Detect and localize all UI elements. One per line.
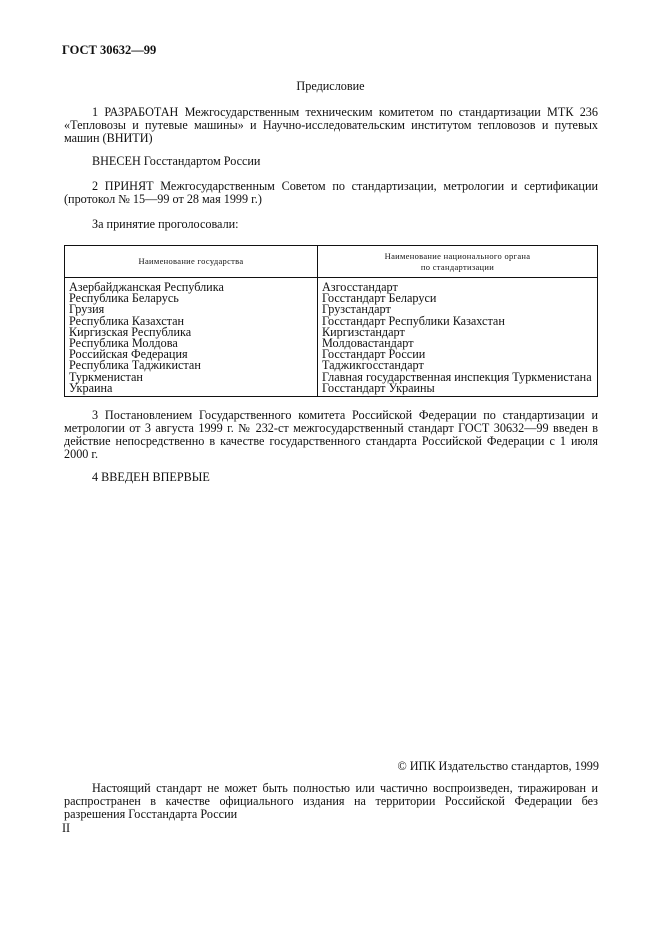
header-organ: Наименование национального органа по ста… <box>318 246 598 278</box>
paragraph-developed-by: 1 РАЗРАБОТАН Межгосударственным техничес… <box>64 106 598 145</box>
header-state: Наименование государства <box>65 246 318 278</box>
reproduction-notice-text: Настоящий стандарт не может быть полност… <box>64 781 598 821</box>
header-organ-line1: Наименование национального органа <box>385 251 531 261</box>
cell-organ: Госстандарт Украины <box>318 383 598 397</box>
paragraph-adopted-by-text: 2 ПРИНЯТ Межгосударственным Советом по с… <box>64 179 598 206</box>
paragraph-introduced-by: ВНЕСЕН Госстандартом России <box>92 155 260 168</box>
paragraph-resolution: 3 Постановлением Государственного комите… <box>64 409 598 461</box>
paragraph-developed-by-text: 1 РАЗРАБОТАН Межгосударственным техничес… <box>64 105 598 145</box>
paragraph-adopted-by: 2 ПРИНЯТ Межгосударственным Советом по с… <box>64 180 598 206</box>
copyright-notice: © ИПК Издательство стандартов, 1999 <box>397 760 599 773</box>
page-number: II <box>62 822 70 835</box>
document-code: ГОСТ 30632—99 <box>62 44 156 57</box>
section-title: Предисловие <box>0 80 661 93</box>
paragraph-resolution-text: 3 Постановлением Государственного комите… <box>64 408 598 461</box>
table-row: Украина Госстандарт Украины <box>65 383 598 397</box>
cell-state: Украина <box>65 383 318 397</box>
reproduction-notice: Настоящий стандарт не может быть полност… <box>64 782 598 821</box>
vote-intro: За принятие проголосовали: <box>92 218 239 231</box>
voting-states-table: Наименование государства Наименование на… <box>64 245 598 397</box>
header-organ-line2: по стандартизации <box>421 262 494 272</box>
paragraph-first-introduced: 4 ВВЕДЕН ВПЕРВЫЕ <box>92 471 210 484</box>
table-header-row: Наименование государства Наименование на… <box>65 246 598 278</box>
